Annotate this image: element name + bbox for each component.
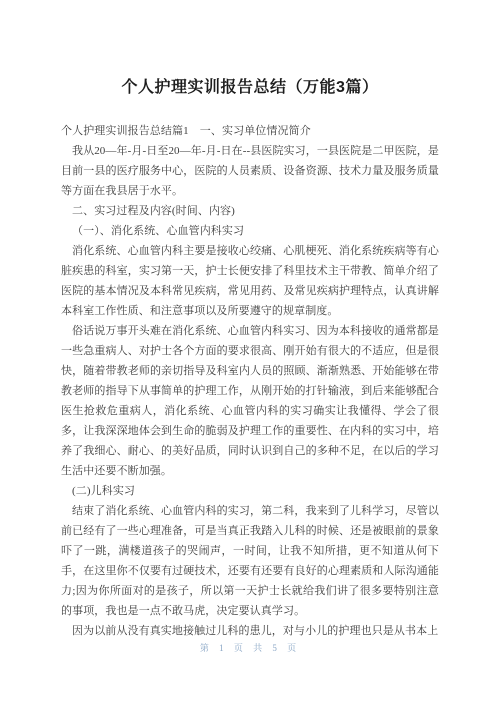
paragraph: 我从20—年-月-日至20—年-月-日在--县医院实习，一县医院是二甲医院，是目… (61, 141, 439, 201)
page-title: 个人护理实训报告总结（万能3篇） (0, 0, 500, 97)
paragraph: 二、实习过程及内容(时间、内容) (61, 201, 439, 221)
paragraph: 俗话说万事开头难在消化系统、心血管内科实习、因为本科接收的通常都是一些急重病人、… (61, 321, 439, 481)
document-body: 个人护理实训报告总结篇1 一、实习单位情况简介 我从20—年-月-日至20—年-… (0, 121, 500, 641)
document-page: 个人护理实训报告总结（万能3篇） 个人护理实训报告总结篇1 一、实习单位情况简介… (0, 0, 500, 707)
paragraph: 结束了消化系统、心血管内科的实习，第二科，我来到了儿科学习，尽管以前已经有了一些… (61, 501, 439, 621)
paragraph: 因为以前从没有真实地接触过儿科的患儿，对与小儿的护理也只是从书本上 (61, 621, 439, 641)
page-footer: 第 1 页 共 5 页 (0, 641, 500, 654)
paragraph: 消化系统、心血管内科主要是接收心绞痛、心肌梗死、消化系统疾病等有心脏疾患的科室，… (61, 241, 439, 321)
page-number-text: 第 1 页 共 5 页 (200, 643, 300, 653)
paragraph: (二)儿科实习 (61, 481, 439, 501)
paragraph: 个人护理实训报告总结篇1 一、实习单位情况简介 (61, 121, 439, 141)
paragraph: （一）、消化系统、心血管内科实习 (61, 221, 439, 241)
